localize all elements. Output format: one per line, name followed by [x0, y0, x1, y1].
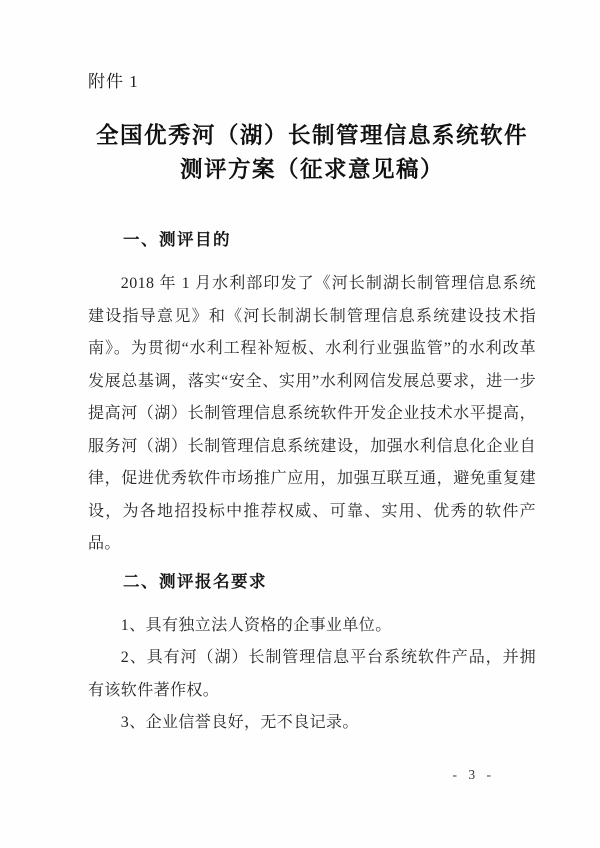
- document-title-line2: 测评方案（征求意见稿）: [88, 153, 536, 187]
- list-item-1: 1、具有独立法人资格的企事业单位。: [88, 610, 536, 643]
- document-page: 附件 1 全国优秀河（湖）长制管理信息系统软件 测评方案（征求意见稿） 一、测评…: [0, 0, 600, 848]
- purpose-paragraph: 2018 年 1 月水利部印发了《河长制湖长制管理信息系统建设指导意见》和《河长…: [88, 268, 536, 561]
- document-title-line1: 全国优秀河（湖）长制管理信息系统软件: [88, 119, 536, 153]
- section-heading-purpose: 一、测评目的: [88, 227, 536, 253]
- section-heading-requirements: 二、测评报名要求: [88, 569, 536, 595]
- attachment-label: 附件 1: [88, 70, 536, 94]
- list-item-2: 2、具有河（湖）长制管理信息平台系统软件产品，并拥有该软件著作权。: [88, 642, 536, 707]
- document-title: 全国优秀河（湖）长制管理信息系统软件 测评方案（征求意见稿）: [88, 119, 536, 187]
- page-number: - 3 -: [453, 767, 496, 783]
- list-item-3: 3、企业信誉良好，无不良记录。: [88, 707, 536, 740]
- requirements-list: 1、具有独立法人资格的企事业单位。 2、具有河（湖）长制管理信息平台系统软件产品…: [88, 610, 536, 740]
